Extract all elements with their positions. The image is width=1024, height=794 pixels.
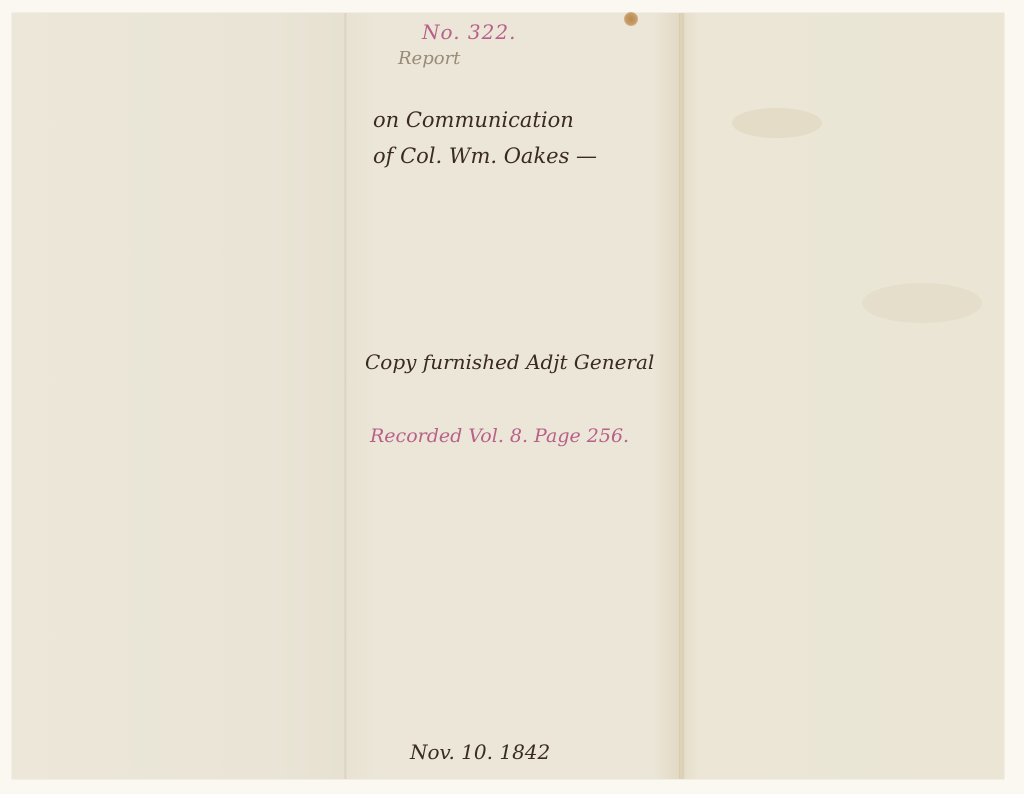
subject-line-1: on Communication (373, 108, 574, 132)
fold-line-left (344, 13, 347, 779)
docket-type: Report (398, 48, 460, 69)
paper-stain (732, 108, 822, 138)
paper-stain (862, 283, 982, 323)
fold-line-right (679, 13, 685, 779)
recorded-note: Recorded Vol. 8. Page 256. (370, 425, 629, 447)
left-panel (12, 13, 345, 779)
date-note: Nov. 10. 1842 (410, 740, 550, 764)
right-panel (680, 13, 1004, 779)
copy-note: Copy furnished Adjt General (365, 350, 654, 374)
subject-line-2: of Col. Wm. Oakes — (373, 144, 597, 168)
ink-spot (624, 12, 638, 26)
docket-number: No. 322. (422, 20, 516, 44)
